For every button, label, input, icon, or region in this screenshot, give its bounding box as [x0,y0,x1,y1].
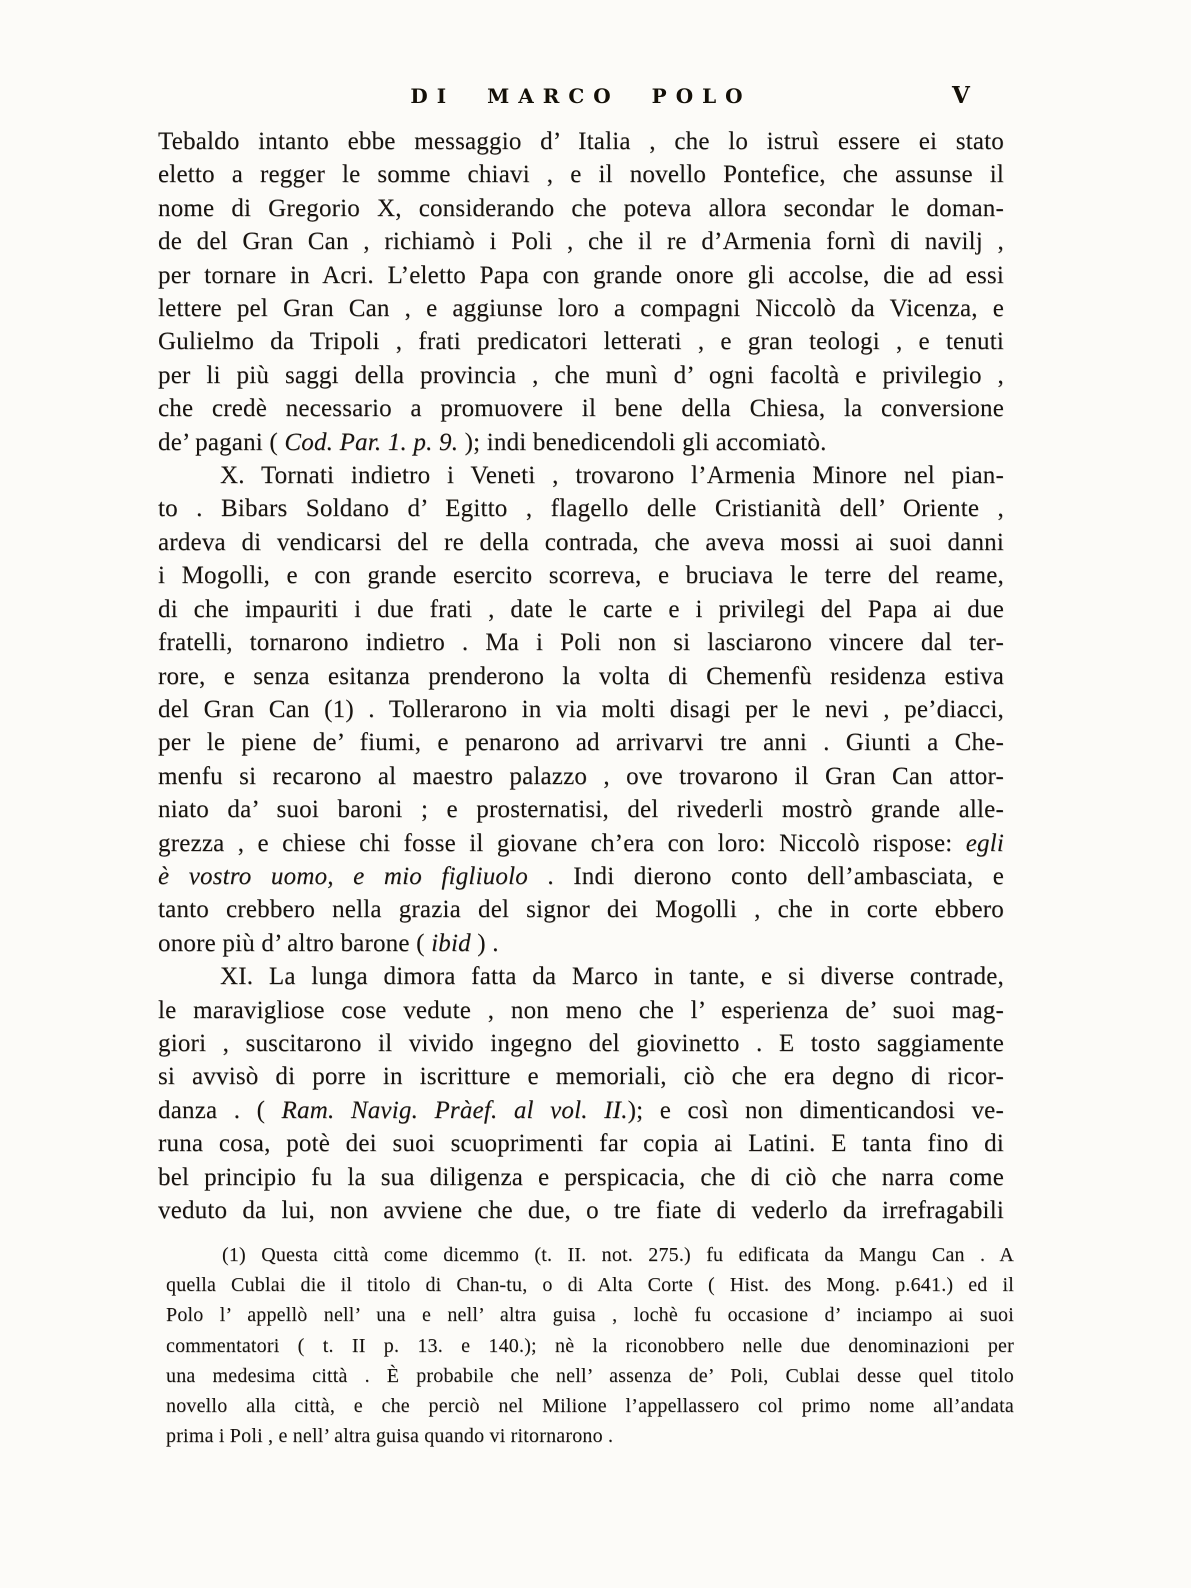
body-run-text: una medesima città . È probabile che nel… [166,1365,1014,1387]
body-line: de’ pagani ( Cod. Par. 1. p. 9. ); indi … [158,426,1004,459]
body-line: i Mogolli, e con grande esercito scorrev… [158,559,1004,592]
body-run-text: danza . ( [158,1097,282,1124]
body-line: XI. La lunga dimora fatta da Marco in ta… [158,960,1004,993]
body-run-text: commentatori ( t. II p. 13. e 140.); nè … [166,1335,1014,1357]
body-run-text: per li più saggi della provincia , che m… [158,362,1004,389]
body-line: per tornare in Acri. L’eletto Papa con g… [158,259,1004,292]
body-line: de del Gran Can , richiamò i Poli , che … [158,225,1004,258]
body-run-text: rore, e senza esitanza prenderono la vol… [158,663,1004,690]
body-line: grezza , e chiese chi fosse il giovane c… [158,827,1004,860]
body-line: bel principio fu la sua diligenza e pers… [158,1161,1004,1194]
body-run-text: ) . [471,930,499,957]
running-header-title: DI MARCO POLO [158,84,1004,108]
body-run-text: si avvisò di porre in iscritture e memor… [158,1063,1004,1090]
body-line: Tebaldo intanto ebbe messaggio d’ Italia… [158,125,1004,158]
body-run-text: X. Tornati indietro i Veneti , trovarono… [220,462,1004,489]
body-run-text: runa cosa, potè dei suoi scuoprimenti fa… [158,1130,1004,1157]
body-run-text: eletto a regger le somme chiavi , e il n… [158,161,1004,188]
body-line: è vostro uomo, e mio figliuolo . Indi di… [158,860,1004,893]
italic-citation-text: è vostro uomo, e mio figliuolo [158,863,528,890]
body-run-text: prima i Poli , e nell’ altra guisa quand… [166,1425,613,1447]
footnote-line: novello alla città, e che perciò nel Mil… [166,1391,1014,1421]
footnote-line: prima i Poli , e nell’ altra guisa quand… [166,1421,1014,1451]
body-line: per li più saggi della provincia , che m… [158,359,1004,392]
footnote-line: Polo l’ appellò nell’ una e nell’ altra … [166,1300,1014,1330]
footnote-line: (1) Questa città come dicemmo (t. II. no… [166,1240,1014,1270]
body-run-text: de del Gran Can , richiamò i Poli , che … [158,228,1004,255]
body-run-text: bel principio fu la sua diligenza e pers… [158,1164,1004,1191]
body-line: X. Tornati indietro i Veneti , trovarono… [158,459,1004,492]
body-run-text: di che impauriti i due frati , date le c… [158,596,1004,623]
body-line: lettere pel Gran Can , e aggiunse loro a… [158,292,1004,325]
body-line: che credè necessario a promuovere il ben… [158,392,1004,425]
footnote-line: una medesima città . È probabile che nel… [166,1361,1014,1391]
body-run-text: ); indi benedicendoli gli accomiatò. [458,429,826,456]
body-run-text: tanto crebbero nella grazia del signor d… [158,896,1004,923]
body-line: tanto crebbero nella grazia del signor d… [158,893,1004,926]
italic-citation-text: Cod. Par. 1. p. 9. [284,429,458,456]
body-run-text: ardeva di vendicarsi del re della contra… [158,529,1004,556]
body-run-text: per le piene de’ fiumi, e penarono ad ar… [158,729,1004,756]
body-line: si avvisò di porre in iscritture e memor… [158,1060,1004,1093]
body-line: del Gran Can (1) . Tollerarono in via mo… [158,693,1004,726]
body-run-text: che credè necessario a promuovere il ben… [158,395,1004,422]
body-line: per le piene de’ fiumi, e penarono ad ar… [158,726,1004,759]
footnote-block: (1) Questa città come dicemmo (t. II. no… [166,1240,1014,1451]
body-run-text: lettere pel Gran Can , e aggiunse loro a… [158,295,1004,322]
body-line: le maravigliose cose vedute , non meno c… [158,994,1004,1027]
body-run-text: to . Bibars Soldano d’ Egitto , flagello… [158,495,1004,522]
body-run-text: per tornare in Acri. L’eletto Papa con g… [158,262,1004,289]
italic-citation-text: egli [966,830,1004,857]
body-line: Gulielmo da Tripoli , frati predicatori … [158,325,1004,358]
body-text-block: Tebaldo intanto ebbe messaggio d’ Italia… [158,125,1004,1227]
body-line: onore più d’ altro barone ( ibid ) . [158,927,1004,960]
body-run-text: (1) Questa città come dicemmo (t. II. no… [222,1244,1014,1266]
body-line: fratelli, tornarono indietro . Ma i Poli… [158,626,1004,659]
body-run-text: novello alla città, e che perciò nel Mil… [166,1395,1014,1417]
footnote-line: commentatori ( t. II p. 13. e 140.); nè … [166,1331,1014,1361]
book-page: DI MARCO POLO V Tebaldo intanto ebbe mes… [0,0,1191,1588]
body-line: nome di Gregorio X, considerando che pot… [158,192,1004,225]
body-run-text: . Indi dierono conto dell’ambasciata, e [528,863,1004,890]
body-run-text: fratelli, tornarono indietro . Ma i Poli… [158,629,1004,656]
body-run-text: Polo l’ appellò nell’ una e nell’ altra … [166,1304,1014,1326]
body-line: to . Bibars Soldano d’ Egitto , flagello… [158,492,1004,525]
footnote-line: quella Cublai die il titolo di Chan-tu, … [166,1270,1014,1300]
body-run-text: giori , suscitarono il vivido ingegno de… [158,1030,1004,1057]
body-run-text: del Gran Can (1) . Tollerarono in via mo… [158,696,1004,723]
body-line: giori , suscitarono il vivido ingegno de… [158,1027,1004,1060]
body-run-text: grezza , e chiese chi fosse il giovane c… [158,830,966,857]
body-line: eletto a regger le somme chiavi , e il n… [158,158,1004,191]
italic-citation-text: ibid [431,930,471,957]
body-line: runa cosa, potè dei suoi scuoprimenti fa… [158,1127,1004,1160]
body-run-text: ); e così non dimenticandosi ve- [628,1097,1004,1124]
body-run-text: le maravigliose cose vedute , non meno c… [158,997,1004,1024]
body-run-text: Tebaldo intanto ebbe messaggio d’ Italia… [158,128,1004,155]
body-run-text: onore più d’ altro barone ( [158,930,431,957]
body-run-text: veduto da lui, non avviene che due, o tr… [158,1197,1004,1224]
body-run-text: XI. La lunga dimora fatta da Marco in ta… [220,963,1004,990]
body-line: danza . ( Ram. Navig. Pràef. al vol. II.… [158,1094,1004,1127]
body-line: menfu si recarono al maestro palazzo , o… [158,760,1004,793]
body-run-text: menfu si recarono al maestro palazzo , o… [158,763,1004,790]
body-line: rore, e senza esitanza prenderono la vol… [158,660,1004,693]
page-number: V [952,82,970,109]
body-line: veduto da lui, non avviene che due, o tr… [158,1194,1004,1227]
body-run-text: quella Cublai die il titolo di Chan-tu, … [166,1274,1014,1296]
body-line: ardeva di vendicarsi del re della contra… [158,526,1004,559]
body-run-text: i Mogolli, e con grande esercito scorrev… [158,562,1004,589]
body-run-text: niato da’ suoi baroni ; e prosternatisi,… [158,796,1004,823]
italic-citation-text: Ram. Navig. Pràef. al vol. II. [282,1097,628,1124]
body-run-text: Gulielmo da Tripoli , frati predicatori … [158,328,1004,355]
body-line: niato da’ suoi baroni ; e prosternatisi,… [158,793,1004,826]
body-line: di che impauriti i due frati , date le c… [158,593,1004,626]
body-run-text: nome di Gregorio X, considerando che pot… [158,195,1004,222]
body-run-text: de’ pagani ( [158,429,284,456]
